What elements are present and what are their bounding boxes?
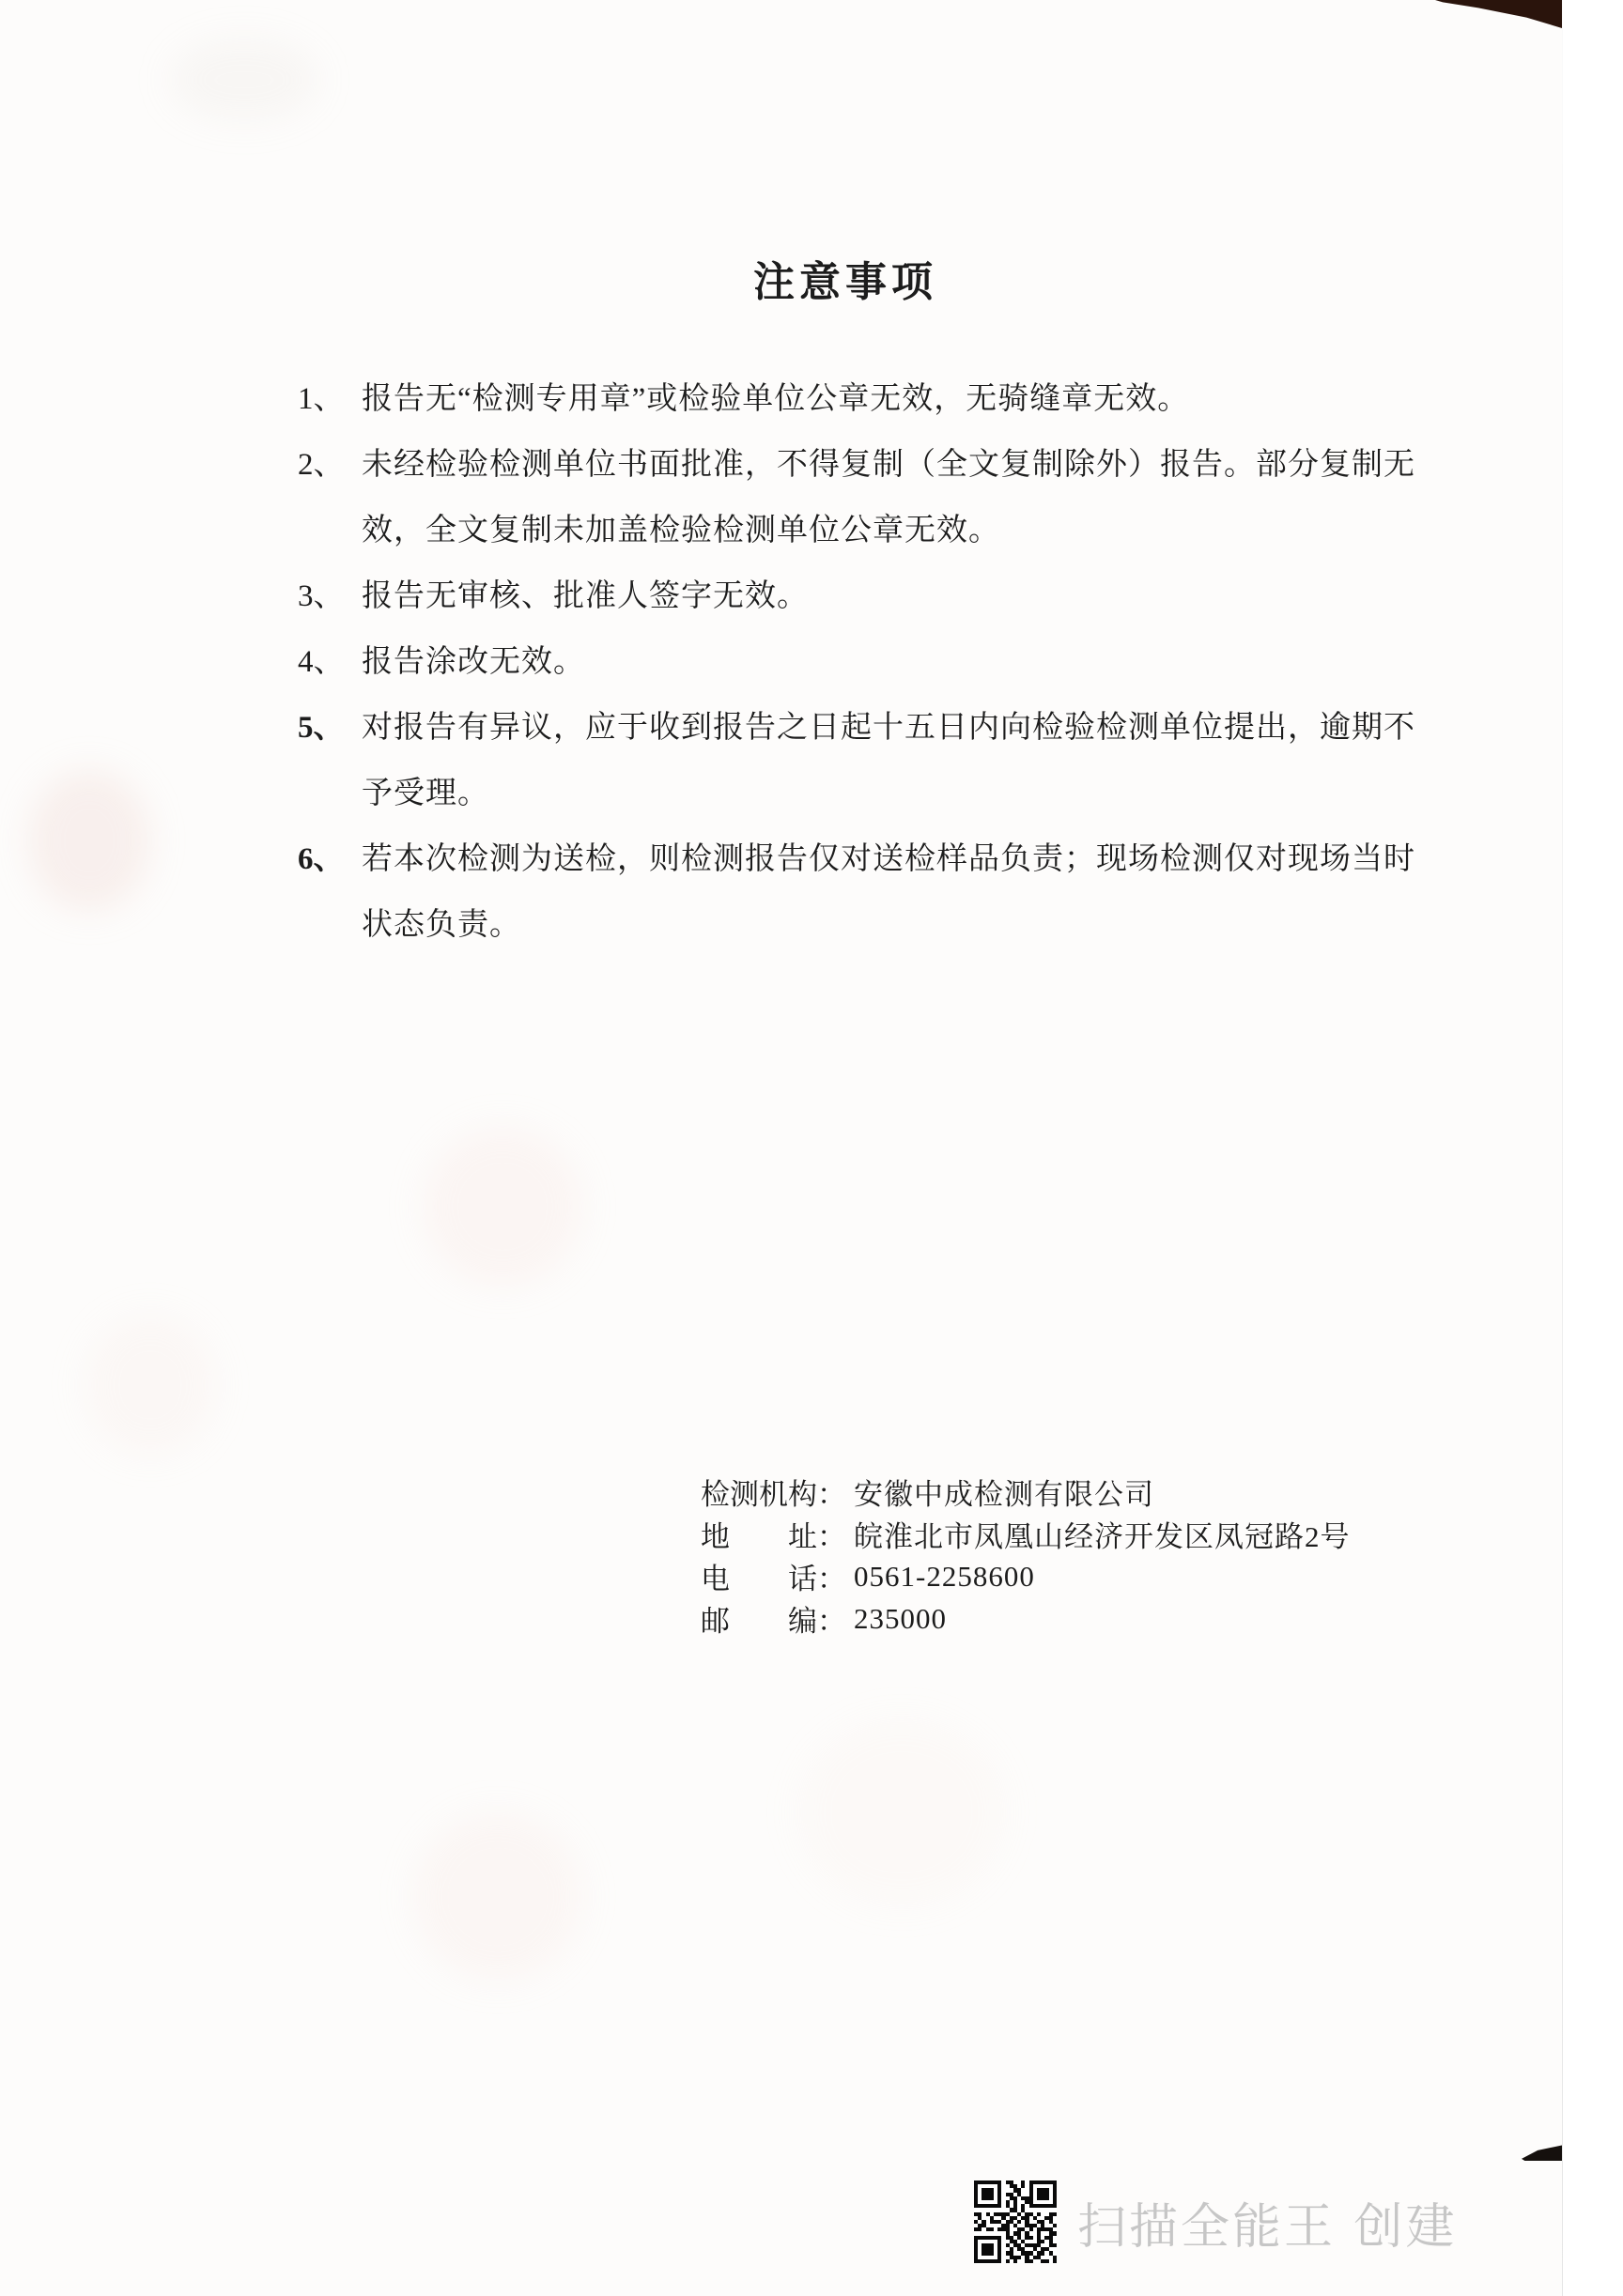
- contact-separator: ：: [817, 1513, 846, 1555]
- notice-item-line: 6、若本次检测为送检，则检测报告仅对送检样品负责；现场检测仅对现场当时: [298, 823, 1444, 888]
- notice-item-text: 对报告有异议，应于收到报告之日起十五日内向检验检测单位提出，逾期不: [362, 702, 1415, 747]
- contact-label: 电话: [701, 1555, 817, 1597]
- contact-label: 邮编: [701, 1597, 817, 1640]
- notice-item-line: 1、报告无“检测专用章”或检验单位公章无效，无骑缝章无效。: [298, 362, 1444, 428]
- notice-item-line: 予受理。: [298, 757, 1444, 823]
- notice-item-number: 3、: [298, 571, 362, 615]
- page-edge: [1562, 0, 1563, 2296]
- contact-info-block: 检测机构：安徽中成检测有限公司地址：皖淮北市凤凰山经济开发区凤冠路2号电话：05…: [701, 1471, 1452, 1640]
- notice-item-line: 状态负责。: [298, 888, 1444, 954]
- notice-item-text: 未经检验检测单位书面批准，不得复制（全文复制除外）报告。部分复制无: [362, 439, 1415, 484]
- notice-item-text: 若本次检测为送检，则检测报告仅对送检样品负责；现场检测仅对现场当时: [362, 834, 1415, 878]
- contact-value: 安徽中成检测有限公司: [854, 1471, 1154, 1513]
- scanner-watermark-label: 扫描全能王 创建: [1077, 2187, 1458, 2257]
- contact-separator: ：: [817, 1471, 846, 1513]
- notice-item-text: 状态负责。: [362, 900, 521, 944]
- notice-item-line: 4、报告涂改无效。: [298, 625, 1444, 691]
- scan-stain: [413, 1812, 582, 1981]
- notice-item-line: 5、对报告有异议，应于收到报告之日起十五日内向检验检测单位提出，逾期不: [298, 691, 1444, 757]
- notice-item-line: 2、未经检验检测单位书面批准，不得复制（全文复制除外）报告。部分复制无: [298, 428, 1444, 494]
- contact-label: 地址: [701, 1513, 817, 1555]
- page-title: 注意事项: [657, 248, 1033, 308]
- contact-row: 电话：0561-2258600: [701, 1555, 1452, 1597]
- notice-item-text: 报告无审核、批准人签字无效。: [362, 571, 809, 615]
- notice-item-text: 效，全文复制未加盖检验检测单位公章无效。: [362, 505, 1000, 549]
- contact-value: 皖淮北市凤凰山经济开发区凤冠路2号: [854, 1513, 1351, 1555]
- contact-row: 地址：皖淮北市凤凰山经济开发区凤冠路2号: [701, 1513, 1452, 1555]
- notice-item-text: 报告涂改无效。: [362, 637, 585, 681]
- contact-label: 检测机构: [701, 1471, 817, 1513]
- notice-item-number: 1、: [298, 374, 362, 418]
- scan-stain: [28, 770, 150, 911]
- notice-item-number: 2、: [298, 439, 362, 484]
- scan-stain: [423, 1127, 582, 1287]
- notice-item-text: 予受理。: [362, 768, 489, 812]
- qr-code-icon: [974, 2180, 1057, 2263]
- notice-list: 1、报告无“检测专用章”或检验单位公章无效，无骑缝章无效。2、未经检验检测单位书…: [298, 362, 1444, 954]
- notice-item-number: 6、: [298, 834, 362, 878]
- contact-row: 检测机构：安徽中成检测有限公司: [701, 1471, 1452, 1513]
- contact-separator: ：: [817, 1555, 846, 1597]
- notice-item-line: 3、报告无审核、批准人签字无效。: [298, 560, 1444, 625]
- contact-row: 邮编：235000: [701, 1597, 1452, 1640]
- notice-item-line: 效，全文复制未加盖检验检测单位公章无效。: [298, 494, 1444, 560]
- scan-stain: [85, 1315, 216, 1456]
- contact-separator: ：: [817, 1597, 846, 1640]
- notice-item-number: 5、: [298, 702, 362, 747]
- scanner-watermark: 扫描全能王 创建: [974, 2180, 1458, 2263]
- notice-item-number: 4、: [298, 637, 362, 681]
- notice-item-text: 报告无“检测专用章”或检验单位公章无效，无骑缝章无效。: [362, 374, 1189, 418]
- qr-module: [1053, 2259, 1057, 2263]
- scanned-document-page: 注意事项 1、报告无“检测专用章”或检验单位公章无效，无骑缝章无效。2、未经检验…: [0, 0, 1562, 2296]
- contact-value: 0561-2258600: [854, 1560, 1035, 1594]
- scan-stain: [169, 38, 319, 122]
- contact-value: 235000: [854, 1602, 947, 1636]
- scan-stain: [798, 1718, 1005, 1906]
